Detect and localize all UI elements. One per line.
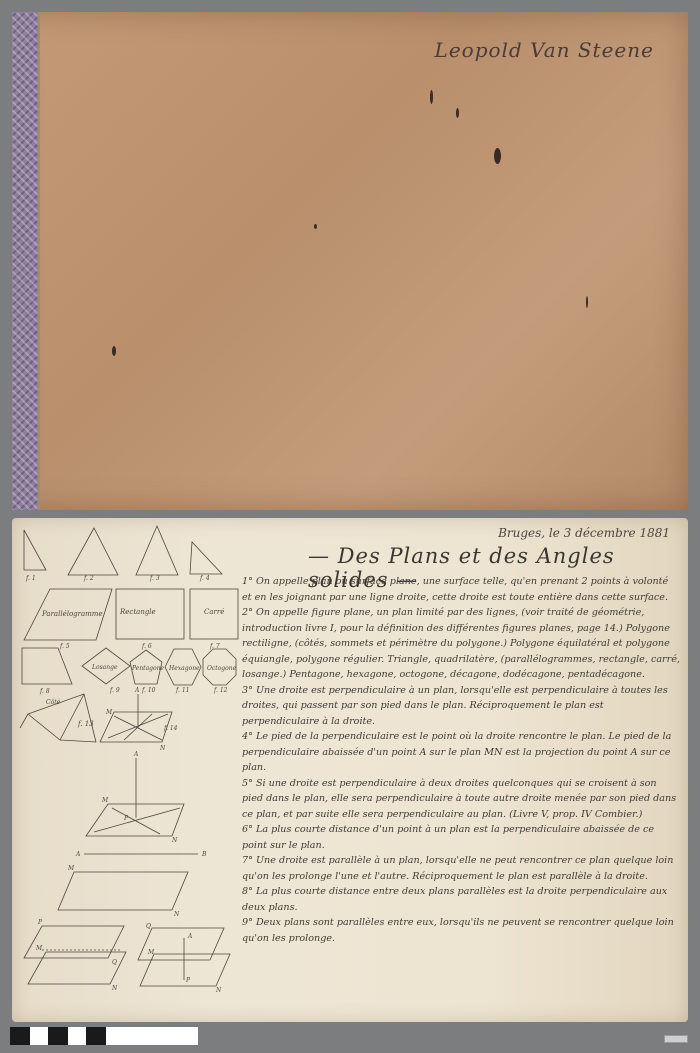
svg-text:P: P: [123, 815, 129, 822]
svg-text:f. 5: f. 5: [59, 643, 70, 650]
svg-text:B: B: [201, 851, 207, 858]
calibration-white: [106, 1027, 198, 1045]
svg-text:Rectangle: Rectangle: [119, 608, 156, 616]
svg-text:f. 13: f. 13: [77, 720, 94, 728]
svg-text:Losange: Losange: [91, 664, 118, 671]
svg-text:f. 9: f. 9: [109, 687, 120, 694]
paragraphs: 1° On appelle plan ou surface plane, une…: [242, 574, 680, 946]
perpendicular-plane-figure: A M N P: [86, 751, 184, 844]
svg-text:f. 10: f. 10: [141, 687, 156, 694]
ink-stain: [456, 108, 459, 118]
parallelogram-figure: Parallélogramme f. 5: [24, 589, 112, 650]
svg-text:f. 3: f. 3: [149, 575, 160, 582]
svg-text:f. 6: f. 6: [141, 643, 152, 650]
svg-text:Hexagone: Hexagone: [168, 665, 200, 672]
svg-text:N: N: [215, 987, 222, 994]
paragraph-6: 6° La plus courte distance d'un point à …: [242, 822, 680, 853]
svg-text:Pentagone: Pentagone: [131, 665, 164, 672]
svg-text:M: M: [101, 797, 109, 804]
paragraph-1: 1° On appelle plan ou surface plane, une…: [242, 574, 680, 605]
svg-text:f. 11: f. 11: [175, 687, 189, 694]
scan-color-calibration-bar: [10, 1027, 198, 1045]
figure-13: Côté f. 13: [20, 694, 96, 742]
svg-text:M: M: [105, 709, 113, 716]
svg-text:Q: Q: [112, 959, 117, 966]
rectangle-figure: Rectangle f. 6: [116, 589, 184, 650]
calibration-white: [30, 1027, 48, 1045]
triangle-rectangle-figure: f. 1: [24, 530, 46, 582]
paragraph-9: 9° Deux plans sont parallèles entre eux,…: [242, 915, 680, 946]
owner-signature: Leopold Van Steene: [435, 38, 654, 62]
paragraph-7: 7° Une droite est parallèle à un plan, l…: [242, 853, 680, 884]
svg-text:M: M: [147, 949, 155, 956]
svg-text:M: M: [67, 865, 75, 872]
svg-text:f. 12: f. 12: [213, 687, 228, 694]
ink-stain: [314, 224, 317, 229]
ink-stain: [494, 148, 501, 164]
notebook-cover: Leopold Van Steene: [12, 12, 688, 510]
line-ab-figure: A B: [75, 851, 207, 858]
triangle-isoceles-figure: f. 3: [136, 526, 178, 582]
triangle-equilateral-figure: f. 2: [68, 528, 118, 582]
parallel-planes-left-figure: P M Q N: [24, 919, 126, 992]
figure-14: A M N f. 14: [100, 687, 178, 752]
calibration-black: [10, 1027, 30, 1045]
svg-text:f. 8: f. 8: [39, 688, 50, 695]
handwritten-text-column: Bruges, le 3 décembre 1881 — Des Plans e…: [238, 518, 682, 1022]
svg-text:P: P: [37, 919, 43, 926]
svg-text:A: A: [133, 751, 139, 758]
rhombus-figure: Losange f. 9: [82, 648, 130, 694]
paragraph-4: 4° Le pied de la perpendiculaire est le …: [242, 729, 680, 776]
calibration-black: [48, 1027, 68, 1045]
svg-text:f. 14: f. 14: [163, 725, 178, 732]
svg-text:A: A: [75, 851, 81, 858]
svg-text:N: N: [159, 745, 166, 752]
svg-text:Carré: Carré: [204, 608, 224, 616]
svg-text:Côté: Côté: [46, 699, 61, 706]
calibration-white: [68, 1027, 86, 1045]
svg-text:M: M: [35, 945, 43, 952]
geometry-figures: f. 1 f. 2 f. 3 f. 4 Parallélogramme f. 5: [12, 518, 242, 1022]
svg-text:A: A: [187, 933, 193, 940]
calibration-black: [86, 1027, 106, 1045]
ink-stain: [586, 296, 588, 308]
paragraph-3: 3° Une droite est perpendiculaire à un p…: [242, 683, 680, 730]
trapezoid-figure: f. 8: [22, 648, 72, 695]
svg-text:Parallélogramme: Parallélogramme: [41, 610, 103, 618]
paragraph-5: 5° Si une droite est perpendiculaire à d…: [242, 776, 680, 823]
svg-text:N: N: [111, 985, 118, 992]
ink-stain: [112, 346, 116, 356]
svg-text:f. 1: f. 1: [25, 575, 36, 582]
svg-text:Q: Q: [146, 923, 151, 930]
svg-text:A: A: [134, 687, 140, 694]
svg-text:N: N: [173, 911, 180, 918]
marbled-spine: [12, 12, 40, 510]
scale-marker: [664, 1035, 688, 1043]
ink-stain: [430, 90, 433, 104]
triangle-scalene-figure: f. 4: [190, 542, 222, 582]
parallel-planes-right-figure: A M P N Q: [138, 923, 230, 994]
page-date: Bruges, le 3 décembre 1881: [498, 526, 670, 540]
notebook-page: f. 1 f. 2 f. 3 f. 4 Parallélogramme f. 5: [12, 518, 688, 1022]
square-figure: Carré f. 7: [190, 589, 238, 650]
svg-text:f. 2: f. 2: [83, 575, 94, 582]
paragraph-8: 8° La plus courte distance entre deux pl…: [242, 884, 680, 915]
paragraph-2: 2° On appelle figure plane, un plan limi…: [242, 605, 680, 683]
hexagon-figure: Hexagone f. 11: [165, 649, 201, 694]
svg-text:N: N: [171, 837, 178, 844]
svg-text:P: P: [185, 977, 191, 984]
plane-mn-figure: M N: [58, 865, 188, 918]
svg-text:f. 4: f. 4: [199, 575, 210, 582]
svg-text:Octogone: Octogone: [207, 665, 237, 672]
octagon-figure: Octogone f. 12: [203, 649, 237, 694]
